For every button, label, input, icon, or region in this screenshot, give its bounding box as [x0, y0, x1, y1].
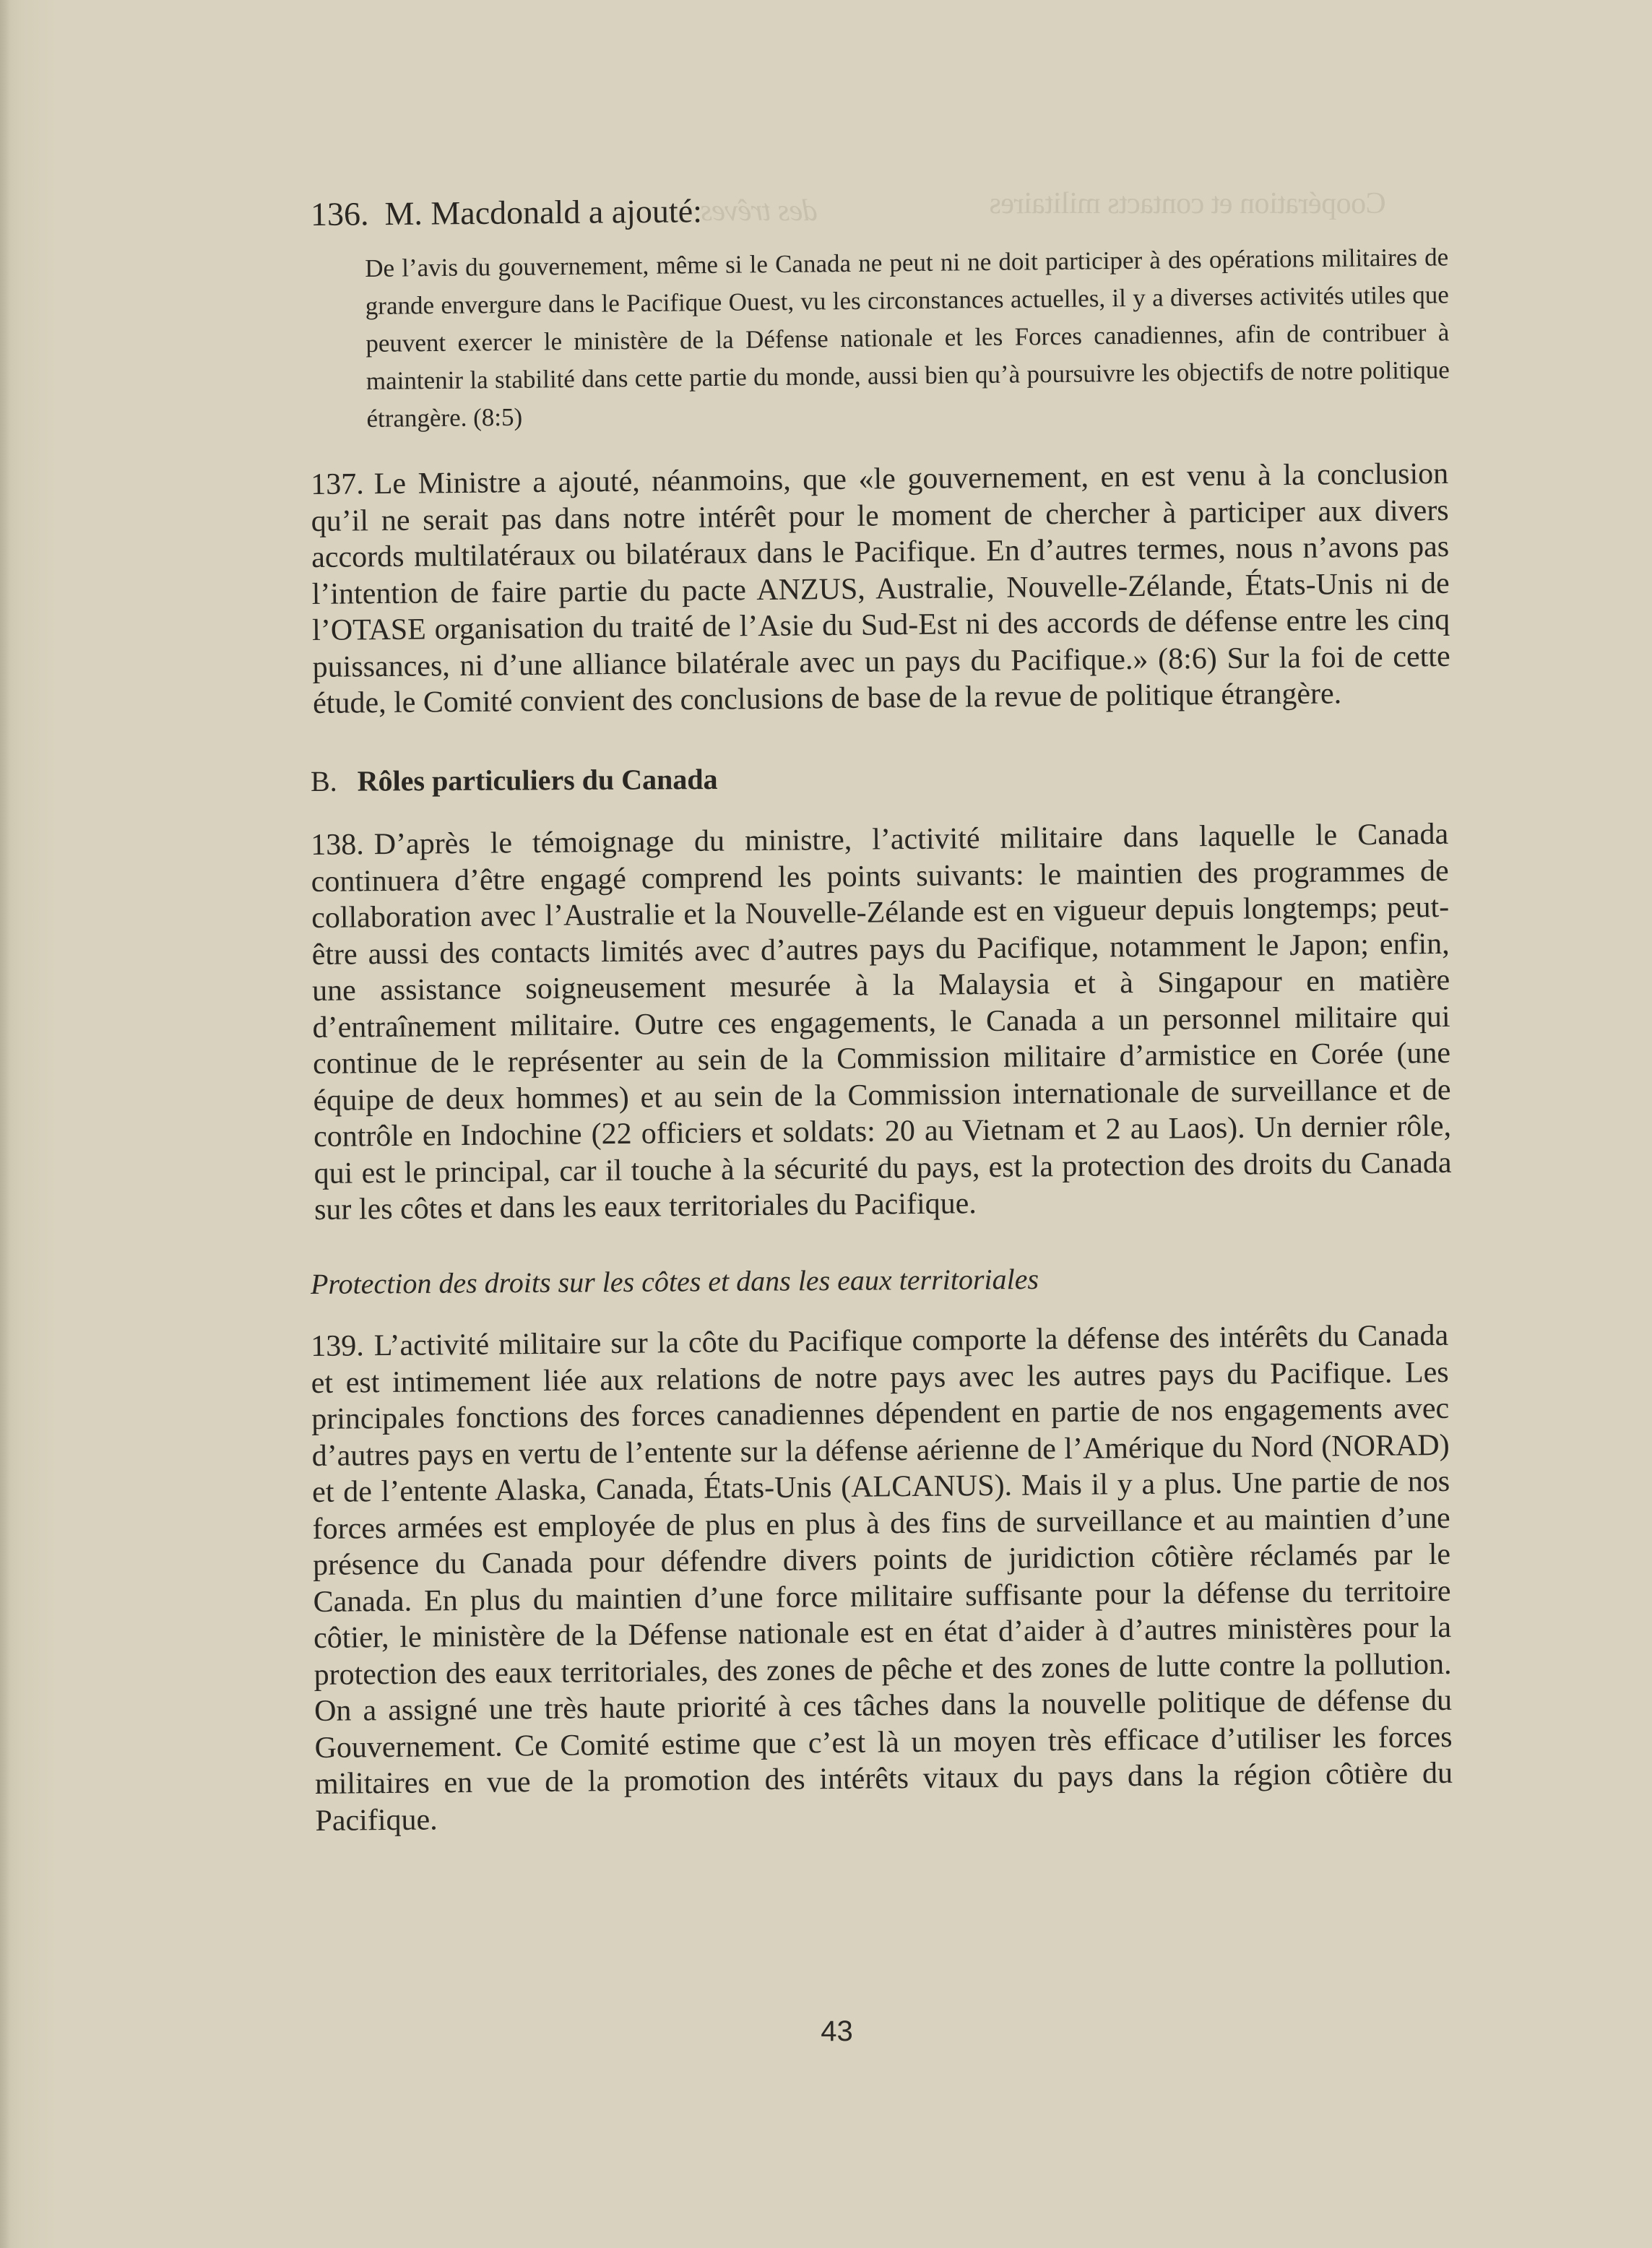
- paragraph-number: 138.: [311, 828, 364, 862]
- subsection-heading: Protection des droits sur les côtes et d…: [311, 1259, 1448, 1301]
- scanned-page: Coopération et contacts militaires des t…: [0, 0, 1652, 2248]
- paragraph-text: Le Ministre a ajouté, néanmoins, que «le…: [311, 457, 1450, 720]
- paragraph-number: 137.: [311, 467, 364, 501]
- page-number: 43: [0, 2015, 1652, 2048]
- paragraph-text: L’activité militaire sur la côte du Paci…: [311, 1319, 1453, 1838]
- paragraph-139: 139.L’activité militaire sur la côte du …: [311, 1318, 1453, 1839]
- paragraph-number: 139.: [311, 1329, 364, 1363]
- paragraph-138: 138.D’après le témoignage du ministre, l…: [311, 816, 1452, 1228]
- block-quote: De l’avis du gouvernement, même si le Ca…: [365, 238, 1450, 438]
- section-letter: B.: [311, 764, 337, 797]
- spine-shadow: [0, 0, 10, 2248]
- paragraph-number: 136.: [311, 195, 369, 233]
- paragraph-intro: M. Macdonald a ajouté:: [384, 192, 702, 232]
- paragraph-text: D’après le témoignage du ministre, l’act…: [311, 817, 1452, 1226]
- page-body: 136.M. Macdonald a ajouté: De l’avis du …: [311, 194, 1448, 1868]
- paragraph-137: 137.Le Ministre a ajouté, néanmoins, que…: [311, 456, 1450, 722]
- paragraph-136-heading: 136.M. Macdonald a ajouté:: [311, 183, 1448, 235]
- section-title: Rôles particuliers du Canada: [358, 763, 718, 797]
- section-heading: B.Rôles particuliers du Canada: [311, 758, 1448, 797]
